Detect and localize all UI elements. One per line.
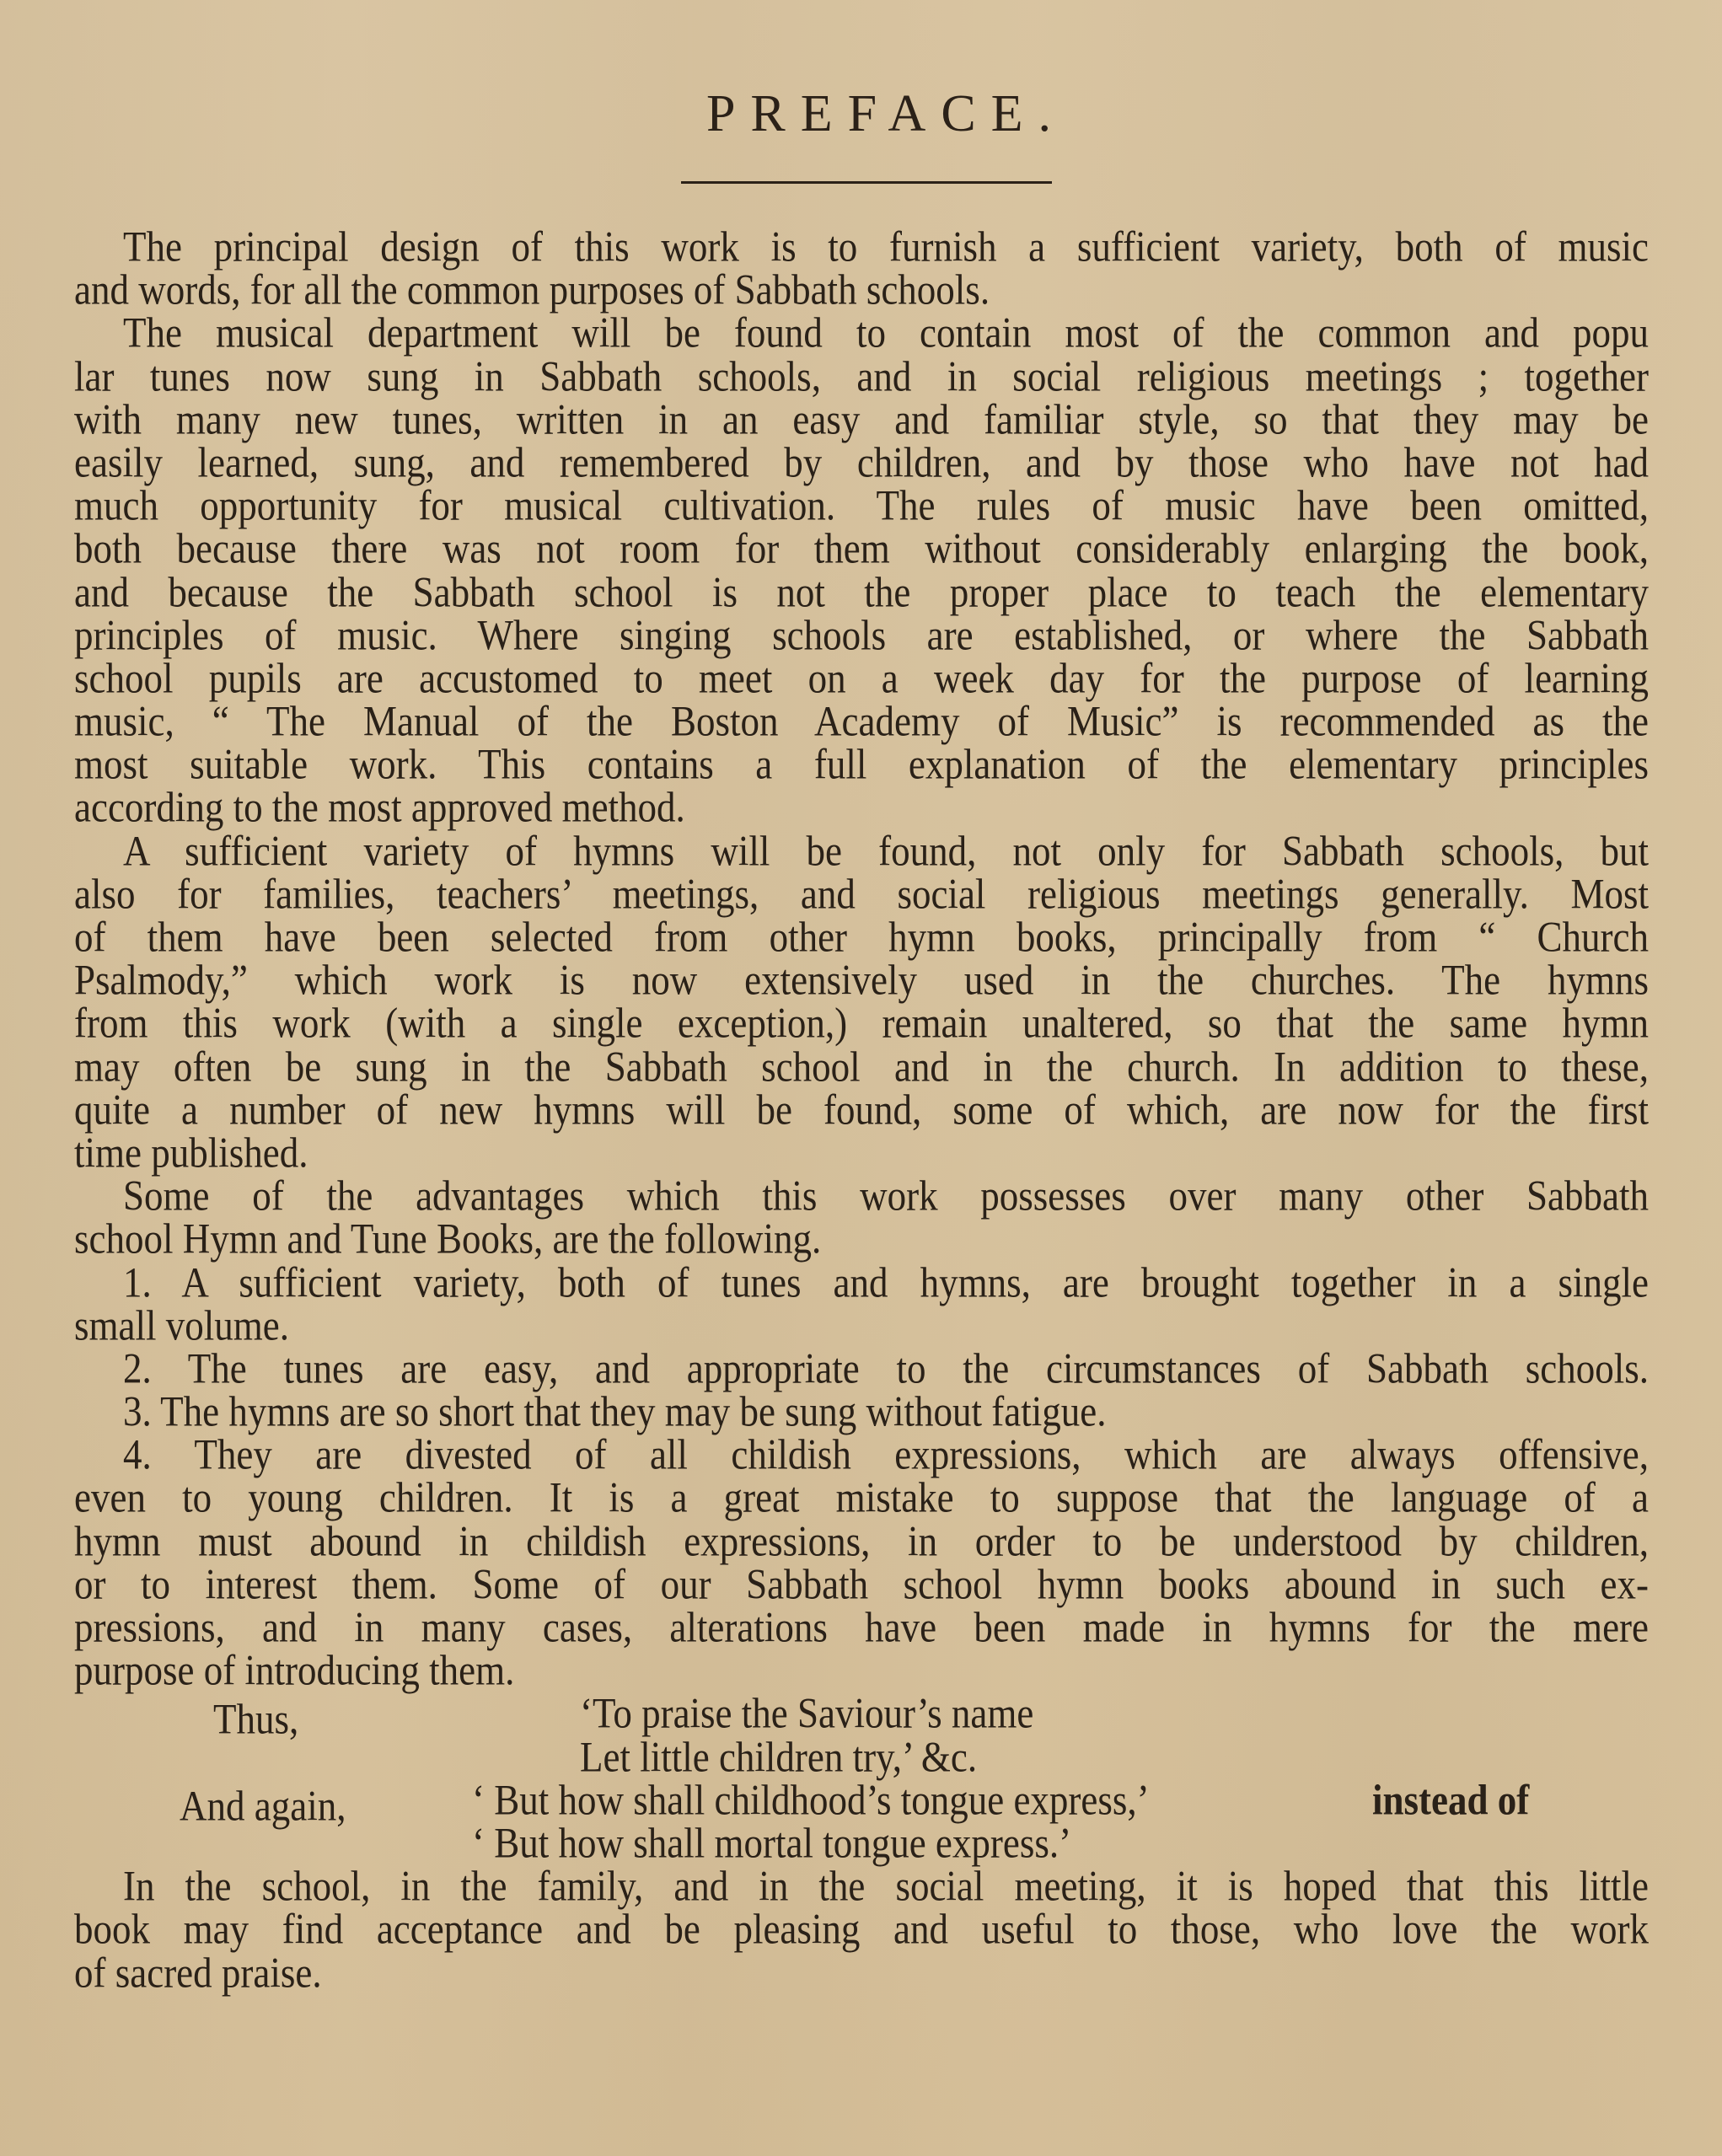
verse-line: ‘ But how shall childhood’s tongue expre…: [472, 1777, 1150, 1825]
text-line: book may find acceptance and be pleasing…: [74, 1906, 1649, 1954]
list-item-4-cont: or to interest them. Some of our Sabbath…: [74, 1561, 1649, 1609]
page-title: PREFACE.: [25, 84, 1722, 144]
text-line: may often be sung in the Sabbath school …: [74, 1043, 1649, 1091]
text-line: much opportunity for musical cultivation…: [74, 482, 1649, 530]
text-line: according to the most approved method.: [74, 784, 1649, 832]
text-line: easily learned, sung, and remembered by …: [74, 439, 1649, 487]
text-line: Some of the advantages which this work p…: [74, 1172, 1649, 1220]
text-line: school Hymn and Tune Books, are the foll…: [74, 1215, 1649, 1263]
text-line: from this work (with a single exception,…: [74, 1000, 1649, 1048]
text-line: and because the Sabbath school is not th…: [74, 568, 1649, 616]
instead-of-label: instead of: [1372, 1777, 1529, 1825]
list-item-4-cont: hymn must abound in childish expressions…: [74, 1518, 1649, 1566]
example-thus: Thus, ‘To praise the Saviour’s name: [74, 1690, 1649, 1738]
text-line: with many new tunes, written in an easy …: [74, 396, 1649, 444]
text-line: of them have been selected from other hy…: [74, 914, 1649, 962]
list-item-3: 3. The hymns are so short that they may …: [74, 1388, 1649, 1436]
text-line: time published.: [74, 1129, 1649, 1177]
text-line: principles of music. Where singing schoo…: [74, 612, 1649, 660]
text-line: The musical department will be found to …: [74, 309, 1649, 357]
verse-line: ‘ But how shall mortal tongue express.’: [472, 1820, 1071, 1868]
list-item-2: 2. The tunes are easy, and appropriate t…: [74, 1345, 1649, 1393]
title-divider: [681, 181, 1052, 184]
example-again-cont: ‘ But how shall mortal tongue express.’: [74, 1820, 1649, 1868]
list-item-4-cont: pressions, and in many cases, alteration…: [74, 1604, 1649, 1652]
text-line: A sufficient variety of hymns will be fo…: [74, 828, 1649, 876]
text-line: Psalmody,” which work is now extensively…: [74, 957, 1649, 1005]
list-item-4-cont: even to young children. It is a great mi…: [74, 1474, 1649, 1522]
preface-body: The principal design of this work is to …: [74, 226, 1649, 1995]
example-thus-cont: Let little children try,’ &c.: [74, 1733, 1649, 1781]
book-page: PREFACE. The principal design of this wo…: [0, 0, 1722, 2156]
text-line: of sacred praise.: [74, 1949, 1649, 1997]
verse-line: Let little children try,’ &c.: [580, 1733, 977, 1781]
text-line: In the school, in the family, and in the…: [74, 1863, 1649, 1911]
list-item-4-cont: purpose of introducing them.: [74, 1647, 1649, 1695]
text-line: lar tunes now sung in Sabbath schools, a…: [74, 352, 1649, 400]
text-line: school pupils are accustomed to meet on …: [74, 655, 1649, 703]
text-line: and words, for all the common purposes o…: [74, 266, 1649, 314]
text-line: music, “ The Manual of the Boston Academ…: [74, 698, 1649, 746]
text-line: The principal design of this work is to …: [74, 223, 1649, 271]
verse-line: ‘To praise the Saviour’s name: [580, 1690, 1033, 1738]
list-item-1-cont: small volume.: [74, 1302, 1649, 1350]
example-again: And again, ‘ But how shall childhood’s t…: [74, 1777, 1649, 1825]
text-line: most suitable work. This contains a full…: [74, 741, 1649, 789]
list-item-1: 1. A sufficient variety, both of tunes a…: [74, 1258, 1649, 1306]
text-line: quite a number of new hymns will be foun…: [74, 1086, 1649, 1134]
list-item-4: 4. They are divested of all childish exp…: [74, 1431, 1649, 1479]
text-line: also for families, teachers’ meetings, a…: [74, 871, 1649, 919]
text-line: both because there was not room for them…: [74, 525, 1649, 573]
